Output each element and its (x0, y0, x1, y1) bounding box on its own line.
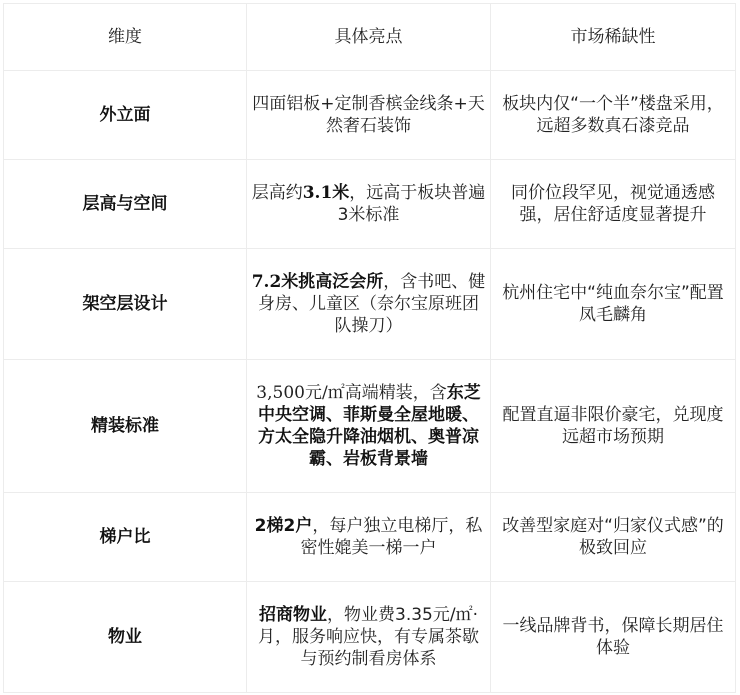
table-row: 物业 招商物业，物业费3.35元/㎡·月，服务响应快，有专属茶歇与预约制看房体系… (4, 582, 736, 693)
scarcity-cell: 改善型家庭对“归家仪式感”的极致回应 (491, 493, 736, 582)
highlights-table: 维度 具体亮点 市场稀缺性 外立面 四面铝板+定制香槟金线条+天然奢石装饰 板块… (3, 3, 736, 693)
table-row: 梯户比 2梯2户，每户独立电梯厅，私密性媲美一梯一户 改善型家庭对“归家仪式感”… (4, 493, 736, 582)
scarcity-cell: 杭州住宅中“纯血奈尔宝”配置凤毛麟角 (491, 249, 736, 360)
scarcity-cell: 一线品牌背书，保障长期居住体验 (491, 582, 736, 693)
dimension-cell: 物业 (4, 582, 247, 693)
text-segment: 同价位段罕见，视觉通透感强，居住舒适度显著提升 (511, 183, 715, 225)
table-row: 层高与空间 层高约3.1米，远高于板块普遍3米标准 同价位段罕见，视觉通透感强，… (4, 160, 736, 249)
table-row: 精装标准 3,500元/㎡高端精装，含东芝中央空调、菲斯曼全屋地暖、方太全隐升降… (4, 360, 736, 493)
text-segment: 杭州住宅中“纯血奈尔宝”配置凤毛麟角 (502, 283, 724, 325)
dimension-cell: 层高与空间 (4, 160, 247, 249)
text-segment: 四面铝板+定制香槟金线条+天然奢石装饰 (252, 94, 485, 136)
header-dimension: 维度 (4, 4, 247, 71)
header-highlight: 具体亮点 (247, 4, 491, 71)
table-header-row: 维度 具体亮点 市场稀缺性 (4, 4, 736, 71)
text-segment: 3,500元/㎡高端精装，含 (256, 383, 446, 403)
highlight-cell: 层高约3.1米，远高于板块普遍3米标准 (247, 160, 491, 249)
dimension-cell: 梯户比 (4, 493, 247, 582)
scarcity-cell: 板块内仅“一个半”楼盘采用，远超多数真石漆竞品 (491, 71, 736, 160)
highlight-cell: 2梯2户，每户独立电梯厅，私密性媲美一梯一户 (247, 493, 491, 582)
table-row: 架空层设计 7.2米挑高泛会所，含书吧、健身房、儿童区（奈尔宝原班团队操刀） 杭… (4, 249, 736, 360)
text-segment: 板块内仅“一个半”楼盘采用，远超多数真石漆竞品 (502, 94, 724, 136)
scarcity-cell: 同价位段罕见，视觉通透感强，居住舒适度显著提升 (491, 160, 736, 249)
dimension-cell: 外立面 (4, 71, 247, 160)
highlight-cell: 四面铝板+定制香槟金线条+天然奢石装饰 (247, 71, 491, 160)
bold-text-segment: 3.1米 (303, 183, 350, 203)
text-segment: 层高约 (252, 183, 303, 203)
scarcity-cell: 配置直逼非限价豪宅，兑现度远超市场预期 (491, 360, 736, 493)
bold-text-segment: 7.2米挑高泛会所 (252, 272, 384, 292)
table-row: 外立面 四面铝板+定制香槟金线条+天然奢石装饰 板块内仅“一个半”楼盘采用，远超… (4, 71, 736, 160)
text-segment: ，远高于板块普遍3米标准 (338, 183, 486, 225)
bold-text-segment: 2梯2户 (255, 516, 313, 536)
comparison-table-container: 维度 具体亮点 市场稀缺性 外立面 四面铝板+定制香槟金线条+天然奢石装饰 板块… (3, 3, 735, 693)
text-segment: 配置直逼非限价豪宅，兑现度远超市场预期 (503, 405, 724, 447)
dimension-cell: 架空层设计 (4, 249, 247, 360)
header-scarcity: 市场稀缺性 (491, 4, 736, 71)
bold-text-segment: 招商物业 (259, 605, 327, 625)
dimension-cell: 精装标准 (4, 360, 247, 493)
highlight-cell: 3,500元/㎡高端精装，含东芝中央空调、菲斯曼全屋地暖、方太全隐升降油烟机、奥… (247, 360, 491, 493)
text-segment: ，每户独立电梯厅，私密性媲美一梯一户 (301, 516, 483, 558)
text-segment: 一线品牌背书，保障长期居住体验 (503, 616, 724, 658)
highlight-cell: 招商物业，物业费3.35元/㎡·月，服务响应快，有专属茶歇与预约制看房体系 (247, 582, 491, 693)
highlight-cell: 7.2米挑高泛会所，含书吧、健身房、儿童区（奈尔宝原班团队操刀） (247, 249, 491, 360)
text-segment: 改善型家庭对“归家仪式感”的极致回应 (502, 516, 724, 558)
